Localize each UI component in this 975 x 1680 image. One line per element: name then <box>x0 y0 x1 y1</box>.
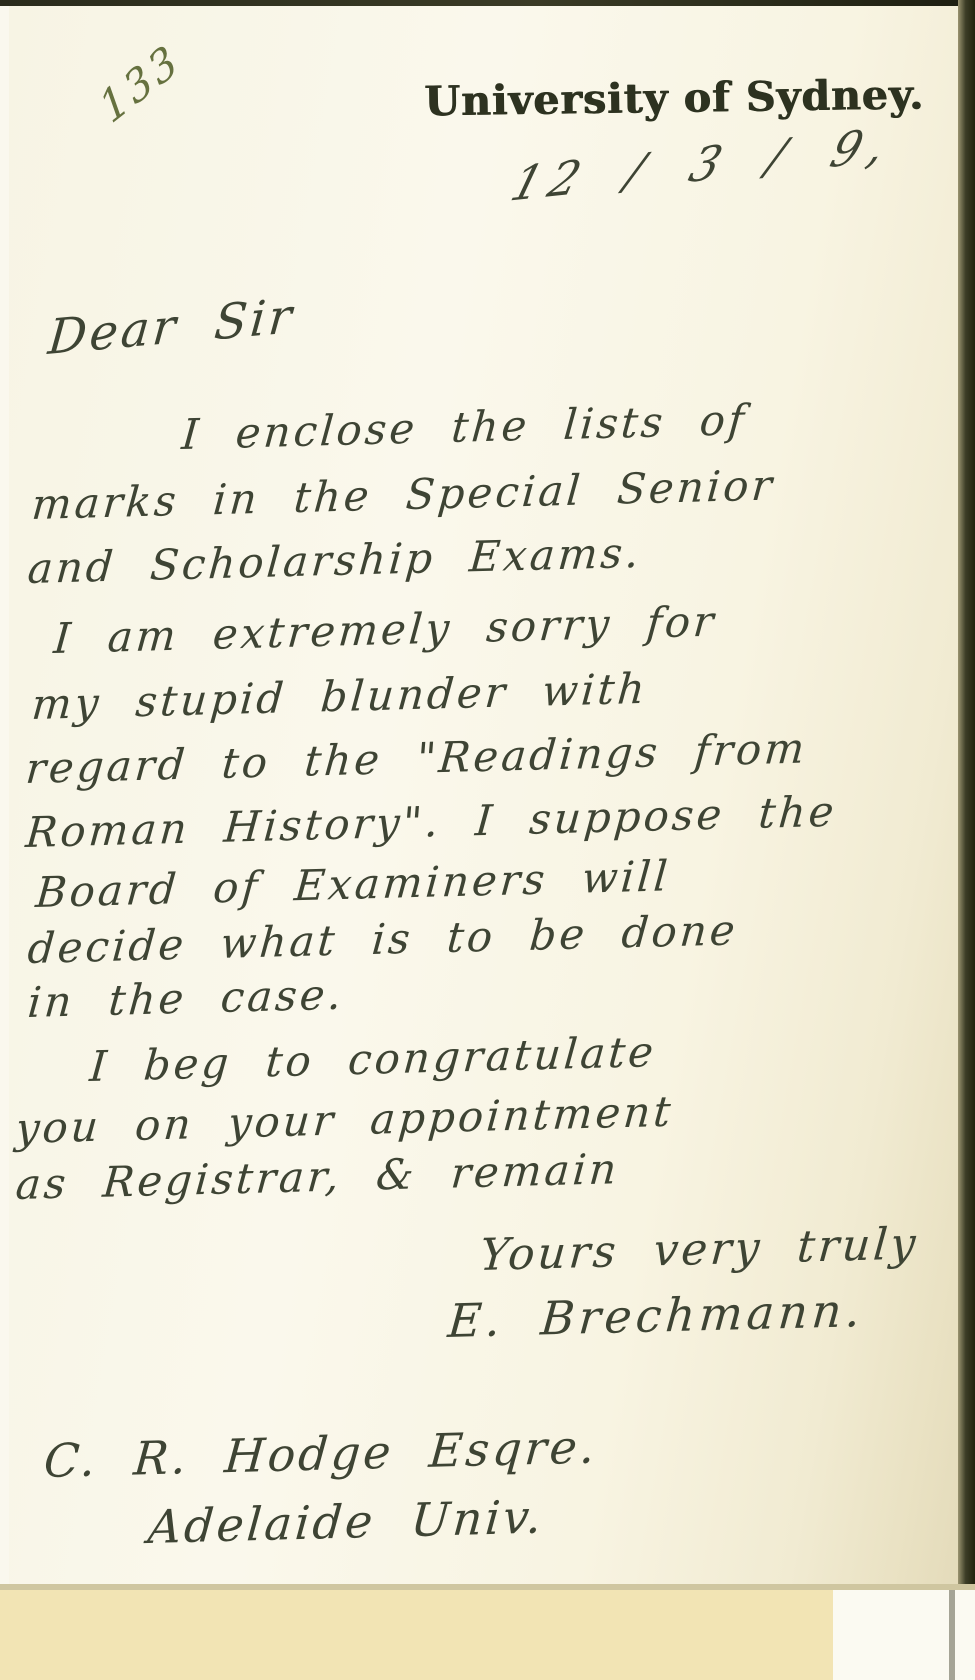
scan-top-edge <box>0 0 975 6</box>
backdrop-edge-line <box>949 1590 955 1680</box>
recipient-institution: Adelaide Univ. <box>146 1489 546 1554</box>
backdrop-under-page <box>0 1590 975 1680</box>
letter-scan: 133 University of Sydney. 12 / 3 / 9, De… <box>0 0 975 1680</box>
body-line: in the case. <box>26 970 346 1027</box>
letterhead-title: University of Sydney. <box>424 71 925 126</box>
signature: E. Brechmann. <box>446 1283 866 1348</box>
scan-left-margin <box>0 0 9 1590</box>
page-binding-edge <box>958 0 975 1590</box>
